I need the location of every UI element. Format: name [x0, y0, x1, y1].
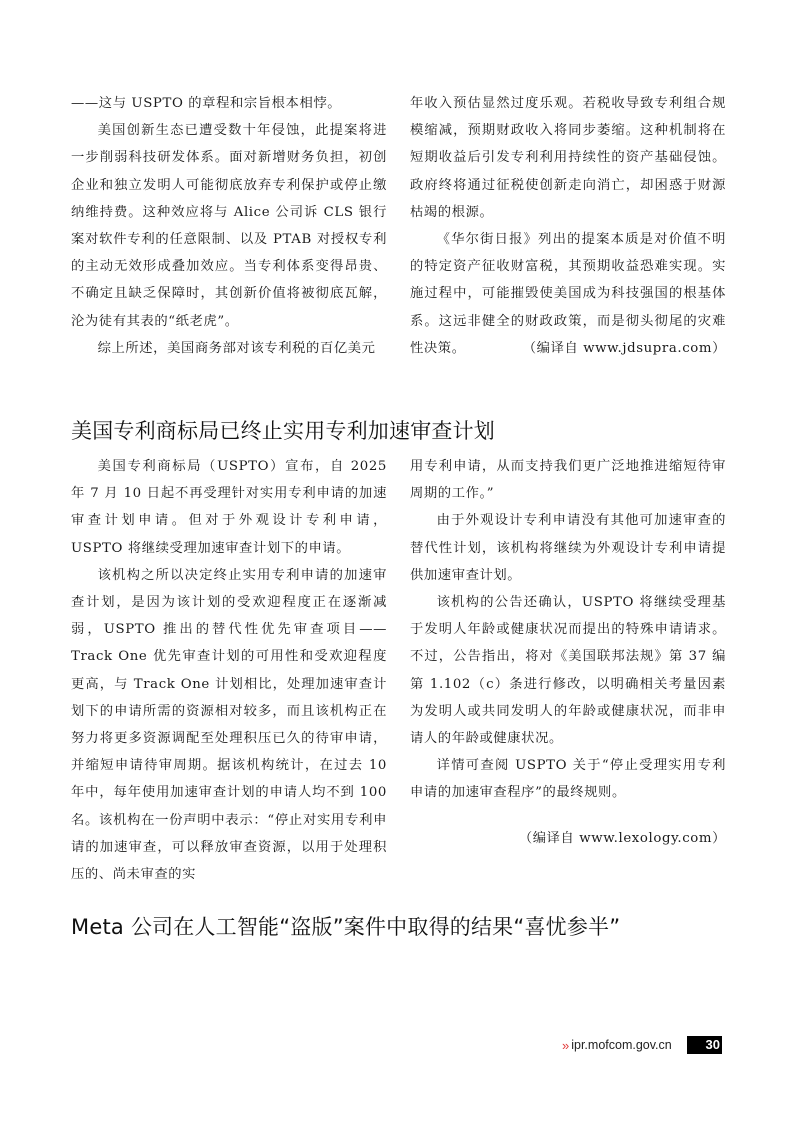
paragraph: 美国专利商标局（USPTO）宣布，自 2025 年 7 月 10 日起不再受理针… [71, 453, 387, 562]
paragraph: 《华尔街日报》列出的提案本质是对价值不明的特定资产征收财富税，其预期收益恐难实现… [410, 226, 726, 362]
section1-left-column: ——这与 USPTO 的章程和宗旨根本相悖。 美国创新生态已遭受数十年侵蚀，此提… [71, 90, 387, 362]
footer: » ipr.mofcom.gov.cn [562, 1035, 672, 1055]
section3-heading: Meta 公司在人工智能“盗版”案件中取得的结果“喜忧参半” [71, 911, 620, 941]
source-citation: （编译自 www.jdsupra.com） [496, 335, 726, 362]
source-citation: （编译自 www.lexology.com） [410, 825, 726, 852]
paragraph: 美国创新生态已遭受数十年侵蚀，此提案将进一步削弱科技研发体系。面对新增财务负担，… [71, 117, 387, 335]
chevron-right-icon: » [562, 1038, 567, 1053]
section2-left-column: 美国专利商标局（USPTO）宣布，自 2025 年 7 月 10 日起不再受理针… [71, 453, 387, 888]
section2-heading: 美国专利商标局已终止实用专利加速审查计划 [71, 415, 495, 445]
paragraph: ——这与 USPTO 的章程和宗旨根本相悖。 [71, 90, 387, 117]
paragraph: 详情可查阅 USPTO 关于“停止受理实用专利申请的加速审查程序”的最终规则。 [410, 752, 726, 806]
paragraph: 用专利申请，从而支持我们更广泛地推进缩短待审周期的工作。” [410, 453, 726, 507]
paragraph: 综上所述，美国商务部对该专利税的百亿美元 [71, 335, 387, 362]
section2-right-column: 用专利申请，从而支持我们更广泛地推进缩短待审周期的工作。” 由于外观设计专利申请… [410, 453, 726, 852]
paragraph: 该机构的公告还确认，USPTO 将继续受理基于发明人年龄或健康状况而提出的特殊申… [410, 589, 726, 752]
paragraph: 由于外观设计专利申请没有其他可加速审查的替代性计划，该机构将继续为外观设计专利申… [410, 507, 726, 589]
paragraph: 该机构之所以决定终止实用专利申请的加速审查计划，是因为该计划的受欢迎程度正在逐渐… [71, 562, 387, 888]
footer-website-link[interactable]: ipr.mofcom.gov.cn [571, 1038, 672, 1052]
paragraph: 年收入预估显然过度乐观。若税收导致专利组合规模缩减，预期财政收入将同步萎缩。这种… [410, 90, 726, 226]
page-number: 30 [687, 1036, 722, 1054]
section1-right-column: 年收入预估显然过度乐观。若税收导致专利组合规模缩减，预期财政收入将同步萎缩。这种… [410, 90, 726, 362]
